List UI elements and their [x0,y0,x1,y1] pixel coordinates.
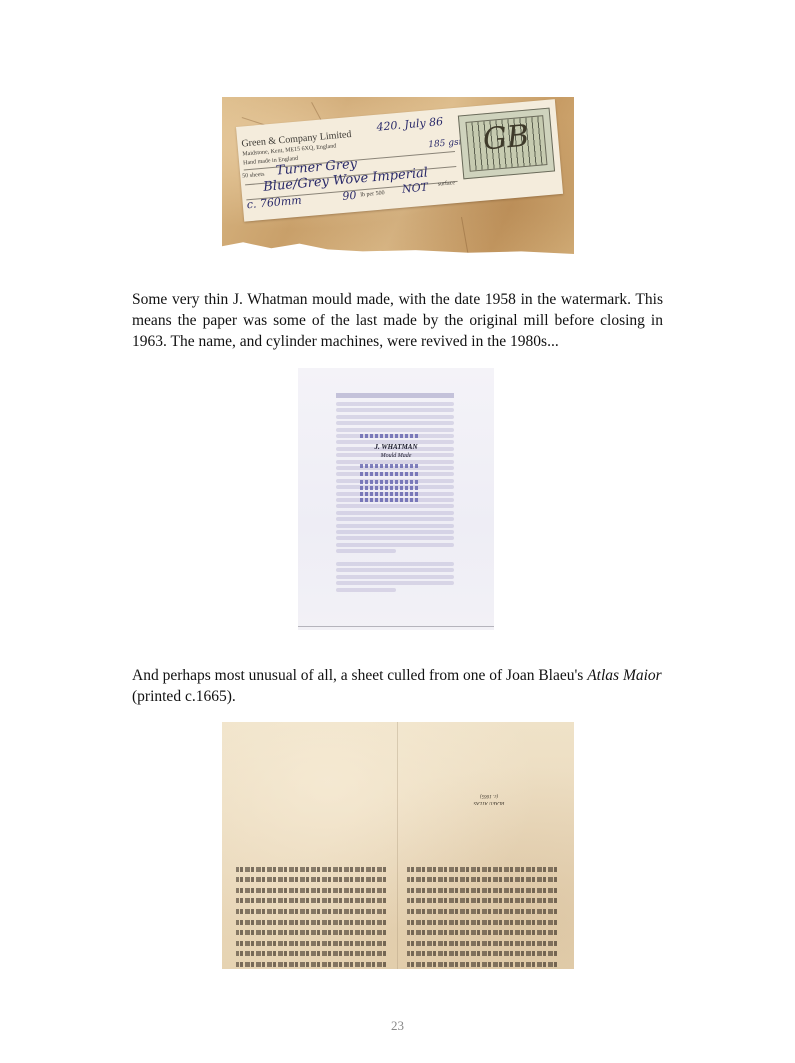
watermark-chainline [360,472,418,476]
label-surface: NOT [401,181,428,196]
paragraph-text: And perhaps most unusual of all, a sheet… [132,667,587,684]
label-sheets: 50 sheets [242,172,265,180]
atlas-text-line [407,929,557,937]
atlas-text-line [236,961,386,969]
ghost-text-line [336,536,454,540]
atlas-text-line [236,940,386,948]
ghost-text-line [336,511,454,515]
page-fold [397,722,398,969]
atlas-text-line [236,908,386,916]
ghost-text-line [336,460,454,464]
atlas-caption-title: BLAEU ATLAS [454,799,524,806]
ghost-text-line [336,588,396,592]
paragraph-whatman: Some very thin J. Whatman mould made, wi… [132,289,663,352]
ghost-text-line [336,504,454,508]
ghost-text-line [336,428,454,432]
atlas-text-line [236,929,386,937]
watermark-chainline [360,492,418,496]
ghost-text-line [336,543,454,547]
paper-label: Green & Company Limited 420. July 86 Mai… [236,99,563,222]
atlas-text-line [236,887,386,895]
atlas-caption: BLAEU ATLAS (c. 1665) [454,792,524,806]
atlas-text-line [407,897,557,905]
ghost-text-line [336,402,454,406]
atlas-text-line [407,961,557,969]
atlas-text-column-left [236,860,386,969]
document-page: Green & Company Limited 420. July 86 Mai… [0,0,795,1063]
label-size: c. 760mm [246,194,302,212]
atlas-text-line [407,908,557,916]
watermark-chainline [360,464,418,468]
label-lb-value: 90 [342,189,357,203]
watermark-chainline [360,498,418,502]
ghost-text-line [336,421,454,425]
atlas-text-line [407,866,557,874]
atlas-text-line [236,866,386,874]
atlas-text-line [236,897,386,905]
ghost-text-line [336,517,454,521]
paper-crease [461,217,469,254]
ghost-text-line [336,524,454,528]
ghost-text-line [336,549,396,553]
book-title: Atlas Maior [587,667,662,684]
ghost-text-line [336,415,454,419]
atlas-text-line [236,876,386,884]
ghost-text-line [336,562,454,566]
ghost-text-line [336,575,454,579]
blaeu-atlas-photo: BLAEU ATLAS (c. 1665) [222,722,574,969]
watermark-title: J. WHATMAN [298,443,494,451]
deckle-edge [298,626,494,627]
watermark-subtitle: Mould Made [298,453,494,459]
atlas-text-line [407,887,557,895]
watermark-chainline [360,486,418,490]
wrapping-paper-photo: Green & Company Limited 420. July 86 Mai… [222,97,574,254]
paragraph-text: (printed c.1665). [132,688,236,705]
watermark-chainline [360,480,418,484]
ghost-text-line [336,408,454,412]
torn-edge [222,228,574,254]
ghost-text-line [336,581,454,585]
ghost-text-line [336,530,454,534]
label-lb-unit: lb per 500 [360,190,385,198]
atlas-text-line [407,876,557,884]
label-handwritten-header: 420. July 86 [376,115,444,134]
ghost-text-line [336,568,454,572]
whatman-sheet-photo: J. WHATMAN Mould Made [298,368,494,630]
atlas-caption-date: (c. 1665) [454,792,524,799]
label-surface-note: surface [438,180,456,187]
atlas-text-line [407,919,557,927]
ghost-heading [336,393,454,398]
watermark-chainline [360,434,418,438]
paragraph-blaeu: And perhaps most unusual of all, a sheet… [132,665,663,707]
atlas-text-line [236,950,386,958]
atlas-text-line [407,950,557,958]
page-number: 23 [0,1018,795,1034]
atlas-text-line [236,919,386,927]
watermark-sample: GB [458,108,555,180]
atlas-text-column-right [407,860,557,969]
atlas-text-line [407,940,557,948]
